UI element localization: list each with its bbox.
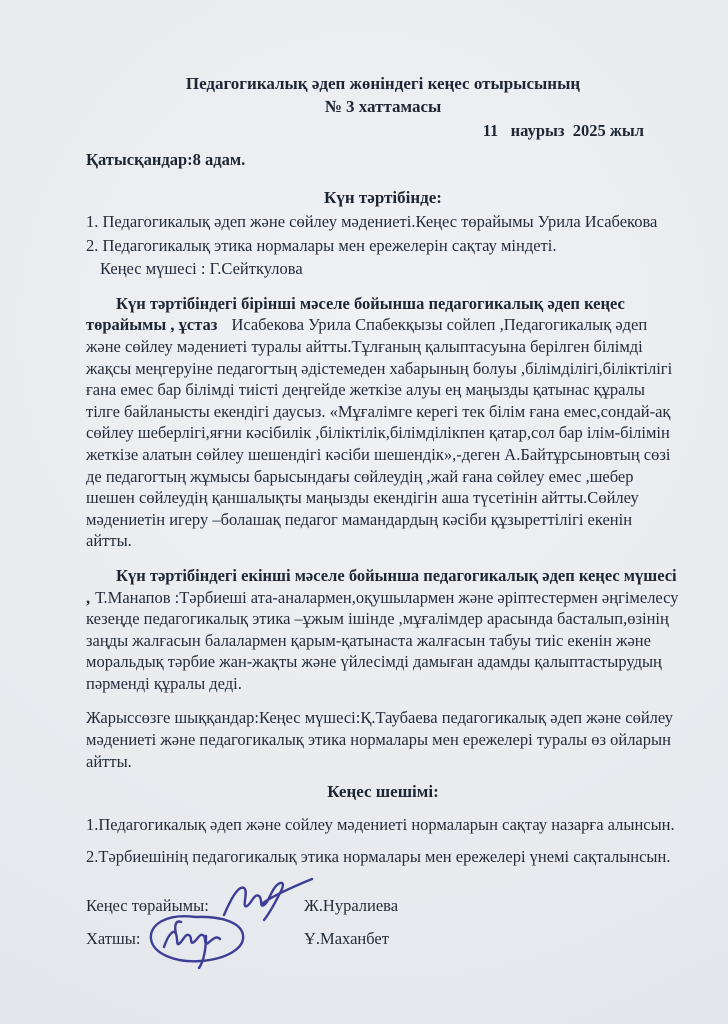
document-page: Педагогикалық әдеп жөніндегі кеңес отыры… [0, 0, 728, 1024]
paragraph-first-issue: Күн тәртібіндегі бірінші мәселе бойынша … [86, 293, 680, 552]
secretary-name: Ұ.Маханбет [304, 928, 389, 950]
decision-heading: Кеңес шешімі: [86, 781, 680, 803]
signature-block: Кеңес төрайымы: Ж.Нуралиева Хатшы: Ұ.Мах… [86, 895, 680, 961]
paragraph-first-issue-body: Исабекова Урила Спабекқызы сойлеп ,Педаг… [86, 315, 672, 550]
secretary-role-label: Хатшы: [86, 928, 140, 950]
agenda-item-2: 2. Педагогикалық этика нормалары мен ере… [86, 234, 680, 257]
paragraph-discussion: Жарыссөзге шыққандар:Кеңес мүшесі:Қ.Тауб… [86, 707, 680, 772]
agenda-item-1: 1. Педагогикалық әдеп және сөйлеу мәдени… [86, 210, 680, 233]
chairwoman-role-label: Кеңес төрайымы: [86, 895, 209, 917]
document-date: 11 наурыз 2025 жыл [86, 120, 680, 142]
signature-row-chairwoman: Кеңес төрайымы: Ж.Нуралиева [86, 895, 680, 928]
chairwoman-name: Ж.Нуралиева [304, 895, 398, 917]
participants-line: Қатысқандар:8 адам. [86, 149, 680, 171]
agenda-heading: Күн тәртібінде: [86, 187, 680, 209]
protocol-number: № 3 хаттамасы [86, 95, 680, 118]
paragraph-second-issue: Күн тәртібіндегі екінші мәселе бойынша п… [86, 565, 680, 695]
decision-item-2: 2.Тәрбиешінің педагогикалық этика нормал… [86, 846, 680, 868]
agenda-member-note: Кеңес мүшесі : Г.Сейткулова [100, 257, 680, 280]
document-title-line1: Педагогикалық әдеп жөніндегі кеңес отыры… [86, 72, 680, 95]
signature-row-secretary: Хатшы: Ұ.Маханбет [86, 928, 680, 961]
document-title: Педагогикалық әдеп жөніндегі кеңес отыры… [86, 72, 680, 118]
decision-item-1: 1.Педагогикалық әдеп және сойлеу мәдение… [86, 814, 680, 836]
paragraph-second-issue-body: Т.Манапов :Тәрбиеші ата-аналармен,оқушыл… [86, 588, 679, 693]
